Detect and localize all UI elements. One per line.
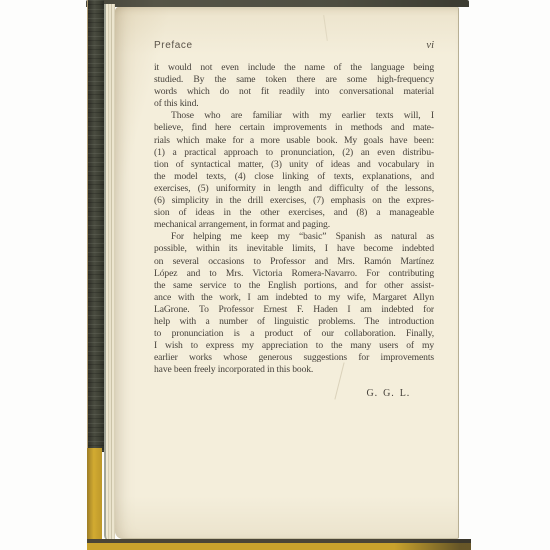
text-line: ance with the work, I am indebted to my … bbox=[154, 292, 434, 304]
author-initials: G. G. L. bbox=[154, 388, 434, 399]
text-line: earlier works whose generous suggestions… bbox=[154, 352, 434, 364]
text-line: rials which make for a more usable book.… bbox=[154, 135, 434, 147]
text-line: have been freely incorporated in this bo… bbox=[154, 364, 434, 376]
book-cover-yellow-left-edge bbox=[87, 448, 102, 543]
text-line: exercises, (5) uniformity in length and … bbox=[154, 183, 434, 195]
text-line: sion of ideas in the other exercises, an… bbox=[154, 207, 434, 219]
text-line: words which do not fit readily into conv… bbox=[154, 86, 434, 98]
text-line: (6) simplicity in the drill exercises, (… bbox=[154, 195, 434, 207]
text-line: studied. By the same token there are som… bbox=[154, 74, 434, 86]
text-line: the same service to the English portions… bbox=[154, 280, 434, 292]
text-line: believe, find here certain improvements … bbox=[154, 122, 434, 134]
text-line: mechanical arrangement, in format and pa… bbox=[154, 219, 434, 231]
text-line: it would not even include the name of th… bbox=[154, 62, 434, 74]
text-line: I wish to express my appreciation to the… bbox=[154, 340, 434, 352]
text-line: López and to Mrs. Victoria Romera-Navarr… bbox=[154, 268, 434, 280]
text-line: possible, within its inevitable limits, … bbox=[154, 243, 434, 255]
text-line: tion of syntactical matter, (3) unity of… bbox=[154, 159, 434, 171]
book-cover-top-edge bbox=[86, 0, 469, 7]
book-cover-bottom-edge bbox=[87, 539, 471, 550]
page-number: vi bbox=[426, 40, 434, 51]
running-header-title: Preface bbox=[154, 40, 193, 51]
page-stack-edges bbox=[104, 4, 115, 541]
text-line: Those who are familiar with my earlier t… bbox=[154, 110, 434, 122]
text-line: to pronunciation is a product of our col… bbox=[154, 328, 434, 340]
text-line: of this kind. bbox=[154, 98, 434, 110]
text-line: on several occasions to Professor and Mr… bbox=[154, 256, 434, 268]
text-line: help with a number of linguistic problem… bbox=[154, 316, 434, 328]
text-line: the model texts, (4) close linking of te… bbox=[154, 171, 434, 183]
page-header: Preface vi bbox=[154, 40, 434, 52]
text-line: For helping me keep my “basic” Spanish a… bbox=[154, 231, 434, 243]
text-line: (1) a practical approach to pronunciatio… bbox=[154, 147, 434, 159]
paper-crease bbox=[323, 15, 328, 41]
book-binding-spine bbox=[87, 0, 104, 452]
preface-body: it would not even include the name of th… bbox=[154, 62, 434, 376]
book-page: Preface vi it would not even include the… bbox=[115, 7, 459, 539]
text-line: LaGrone. To Professor Ernest F. Haden I … bbox=[154, 304, 434, 316]
book-photo: Preface vi it would not even include the… bbox=[85, 0, 471, 550]
